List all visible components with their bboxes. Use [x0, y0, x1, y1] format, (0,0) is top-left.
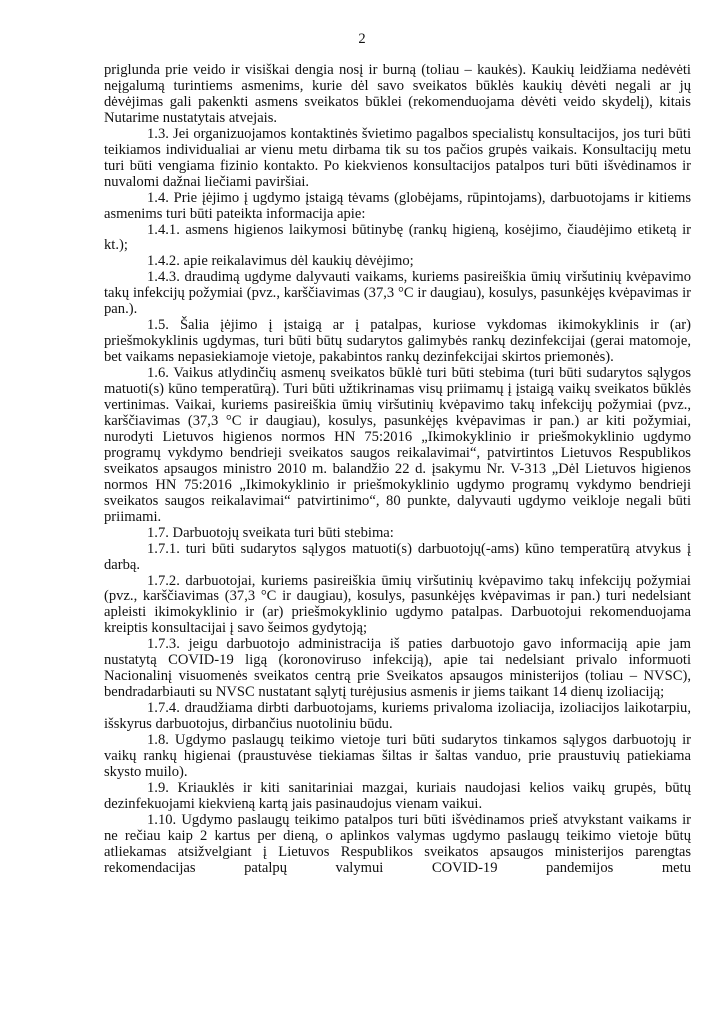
paragraph-1-4-2: 1.4.2. apie reikalavimus dėl kaukių dėvė… [104, 254, 691, 270]
paragraph-1-7-4: 1.7.4. draudžiama dirbti darbuotojams, k… [104, 701, 691, 733]
paragraph-1-7-3: 1.7.3. jeigu darbuotojo administracija i… [104, 637, 691, 701]
paragraph-1-3: 1.3. Jei organizuojamos kontaktinės švie… [104, 127, 691, 191]
paragraph-1-6: 1.6. Vaikus atlydinčių asmenų sveikatos … [104, 366, 691, 526]
paragraph-1-8: 1.8. Ugdymo paslaugų teikimo vietoje tur… [104, 733, 691, 781]
paragraph-1-7: 1.7. Darbuotojų sveikata turi būti stebi… [104, 526, 691, 542]
paragraph-1-5: 1.5. Šalia įėjimo į įstaigą ar į patalpa… [104, 318, 691, 366]
paragraph-1-4-1: 1.4.1. asmens higienos laikymosi būtinyb… [104, 223, 691, 255]
document-body: priglunda prie veido ir visiškai dengia … [104, 63, 691, 877]
paragraph-1-7-2: 1.7.2. darbuotojai, kuriems pasireiškia … [104, 574, 691, 638]
paragraph-1-9: 1.9. Kriauklės ir kiti sanitariniai mazg… [104, 781, 691, 813]
paragraph-continuation: priglunda prie veido ir visiškai dengia … [104, 63, 691, 127]
paragraph-1-4-3: 1.4.3. draudimą ugdyme dalyvauti vaikams… [104, 270, 691, 318]
paragraph-1-10: 1.10. Ugdymo paslaugų teikimo patalpos t… [104, 813, 691, 877]
document-page: 2 priglunda prie veido ir visiškai dengi… [0, 0, 724, 1024]
page-number: 2 [0, 31, 724, 47]
paragraph-1-4: 1.4. Prie įėjimo į ugdymo įstaigą tėvams… [104, 191, 691, 223]
paragraph-1-7-1: 1.7.1. turi būti sudarytos sąlygos matuo… [104, 542, 691, 574]
